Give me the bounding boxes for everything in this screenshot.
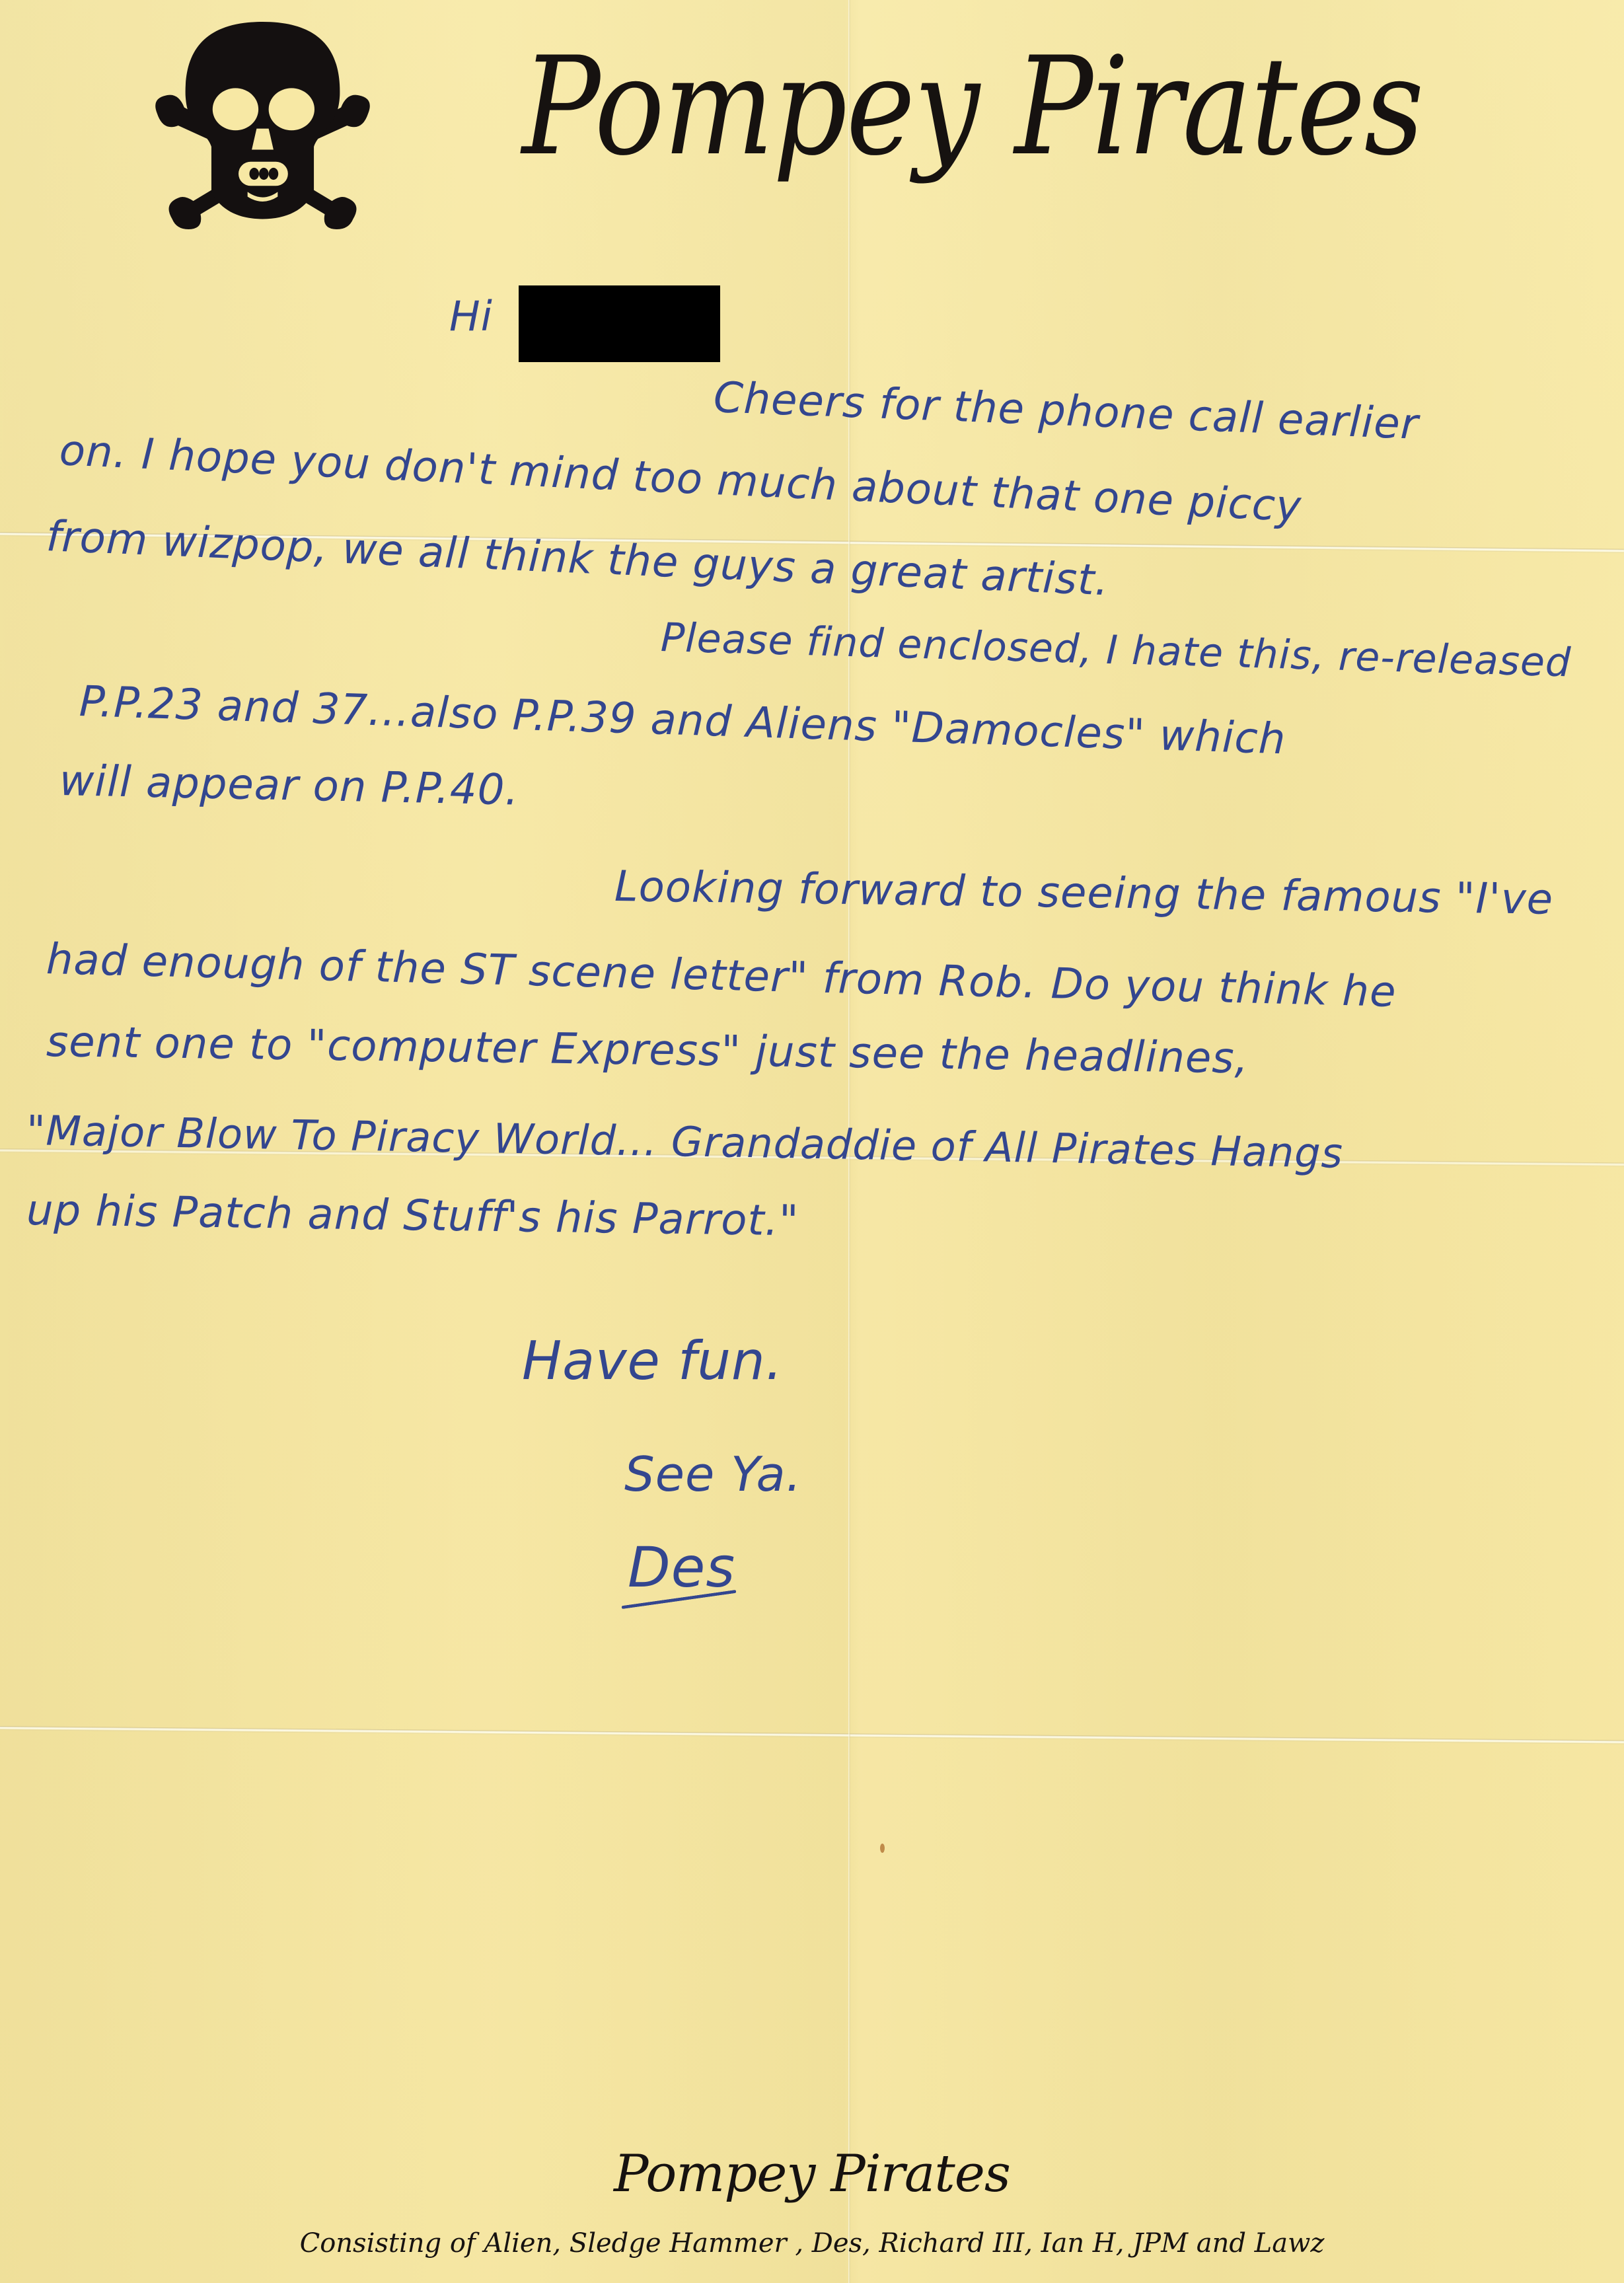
skull-and-crossbones-icon	[142, 7, 383, 244]
letter-line: up his Patch and Stuff's his Parrot."	[26, 1189, 799, 1242]
paper-speck	[880, 1844, 885, 1853]
closing-line: Have fun.	[522, 1335, 783, 1388]
greeting: Hi	[449, 296, 493, 337]
letter-line: will appear on P.P.40.	[59, 760, 519, 812]
footer-members: Consisting of Alien, Sledge Hammer , Des…	[0, 2228, 1624, 2259]
redacted-recipient-name	[519, 285, 720, 362]
letter-line: Looking forward to seeing the famous "I'…	[614, 866, 1554, 921]
signature: Des	[628, 1540, 735, 1595]
letterhead-title: Pompey Pirates	[522, 40, 1423, 175]
closing-line: See Ya.	[624, 1450, 802, 1498]
footer-title: Pompey Pirates	[0, 2144, 1624, 2204]
